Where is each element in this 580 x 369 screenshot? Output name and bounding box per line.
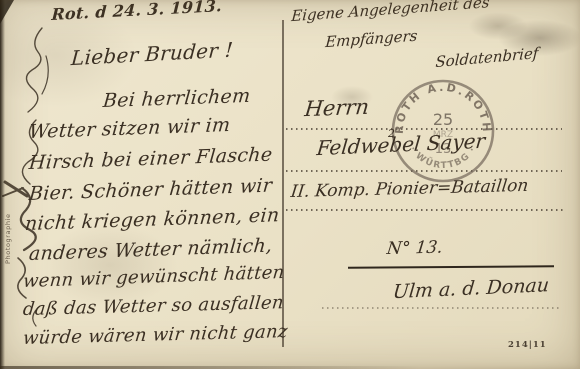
postcard-scan: ROTH A.D.ROTH · WÜRTTBG · 25 MRZ 13 Rot.… xyxy=(0,0,580,369)
soldier-mail-note: Soldatenbrief xyxy=(435,44,539,71)
franchise-note-line2: Empfängers xyxy=(325,27,418,52)
message-line: daß das Wetter so ausfallen xyxy=(22,292,285,320)
recipient-unit: II. Komp. Pionier=Bataillon xyxy=(290,176,530,202)
message-line: würde wären wir nicht ganz xyxy=(22,321,289,349)
message-line: Wetter sitzen wir im xyxy=(28,114,231,143)
scan-corner-mark xyxy=(0,0,14,24)
franchise-note-line1: Eigene Angelegenheit des xyxy=(291,0,490,25)
message-line: wenn wir gewünscht hätten xyxy=(22,262,285,292)
vertical-handwriting-marks xyxy=(0,20,58,350)
recipient-title: Herrn xyxy=(303,95,370,121)
message-line: nicht kriegen können, ein xyxy=(24,204,280,235)
address-dotted-line-3 xyxy=(286,209,566,211)
message-line: Bier. Schöner hätten wir xyxy=(28,175,273,206)
message-salutation: Lieber Bruder ! xyxy=(70,38,234,71)
handdrawn-underline xyxy=(348,265,554,268)
recipient-number: N° 13. xyxy=(386,238,444,260)
message-line: Bei herrlichem xyxy=(102,85,251,112)
message-line: anderes Wetter nämlich, xyxy=(28,235,273,266)
scan-edge-left xyxy=(0,0,5,369)
message-dateline: Rot. d 24. 3. 1913. xyxy=(51,0,223,24)
recipient-city: Ulm a. d. Donau xyxy=(392,274,550,303)
address-dotted-line-4 xyxy=(322,307,560,309)
postmark-day: 25 xyxy=(433,110,453,129)
message-line: Hirsch bei einer Flasche xyxy=(28,144,273,175)
catalog-number: 214|11 xyxy=(508,340,547,350)
